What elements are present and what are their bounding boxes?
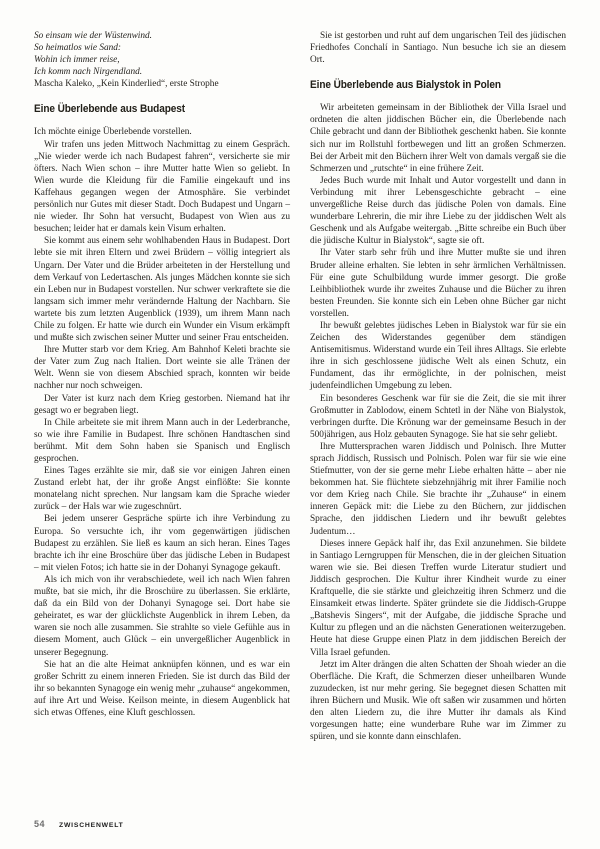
paragraph: Jetzt im Alter drängen die alten Schatte… <box>310 659 566 744</box>
paragraph: Als ich mich von ihr verabschiedete, wei… <box>34 574 290 659</box>
paragraph: Sie ist gestorben und ruht auf dem ungar… <box>310 30 566 66</box>
paragraph: Ihr Vater starb sehr früh und ihre Mutte… <box>310 247 566 320</box>
paragraph: In Chile arbeitete sie mit ihrem Mann au… <box>34 417 290 465</box>
paragraph: Eines Tages erzählte sie mir, daß sie vo… <box>34 465 290 513</box>
poem-attribution: Mascha Kaleko, „Kein Kinderlied“, erste … <box>34 78 290 90</box>
paragraph: Sie kommt aus einem sehr wohlhabenden Ha… <box>34 235 290 344</box>
right-column: Sie ist gestorben und ruht auf dem ungar… <box>310 30 566 743</box>
paragraph: Wir arbeiteten gemeinsam in der Biblioth… <box>310 102 566 175</box>
paragraph: Ein besonderes Geschenk war für sie die … <box>310 393 566 441</box>
journal-name: ZWISCHENWELT <box>59 822 124 829</box>
paragraph: Ich möchte einige Überlebende vorstellen… <box>34 126 290 138</box>
left-column: So einsam wie der Wüstenwind. So heimatl… <box>34 30 290 743</box>
poem-line: Wohin ich immer reise, <box>34 54 290 66</box>
paragraph: Jedes Buch wurde mit Inhalt und Autor vo… <box>310 175 566 248</box>
paragraph: Wir trafen uns jeden Mittwoch Nachmittag… <box>34 139 290 236</box>
page-number: 54 <box>34 819 45 829</box>
poem-epigraph: So einsam wie der Wüstenwind. So heimatl… <box>34 30 290 90</box>
section-heading-budapest: Eine Überlebende aus Budapest <box>34 103 277 115</box>
poem-line: So einsam wie der Wüstenwind. <box>34 30 290 42</box>
paragraph: Ihr bewußt gelebtes jüdisches Leben in B… <box>310 320 566 393</box>
paragraph: Bei jedem unserer Gespräche spürte ich i… <box>34 513 290 573</box>
page-footer: 54 ZWISCHENWELT <box>34 819 124 829</box>
poem-line: Ich komm nach Nirgendland. <box>34 66 290 78</box>
paragraph: Sie hat an die alte Heimat anknüpfen kön… <box>34 659 290 719</box>
section-heading-bialystok: Eine Überlebende aus Bialystok in Polen <box>310 79 553 91</box>
magazine-page: So einsam wie der Wüstenwind. So heimatl… <box>0 0 600 849</box>
poem-line: So heimatlos wie Sand: <box>34 42 290 54</box>
paragraph: Dieses innere Gepäck half ihr, das Exil … <box>310 538 566 659</box>
text-columns: So einsam wie der Wüstenwind. So heimatl… <box>0 0 600 743</box>
paragraph: Der Vater ist kurz nach dem Krieg gestor… <box>34 393 290 417</box>
paragraph: Ihre Mutter starb vor dem Krieg. Am Bahn… <box>34 344 290 392</box>
paragraph: Ihre Muttersprachen waren Jiddisch und P… <box>310 441 566 538</box>
